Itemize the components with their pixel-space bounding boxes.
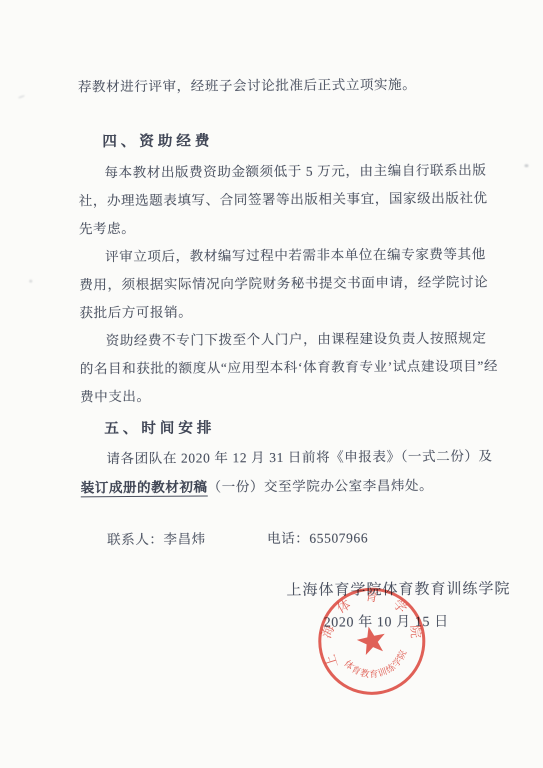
funding-p2-line2: 费用，须根据实际情况向学院财务秘书提交书面申请，经学院讨论 — [79, 272, 488, 294]
seal-ring-text-top: 上海体育学院 — [309, 577, 429, 673]
schedule-line2: 装订成册的教材初稿（一份）交至学院办公室李昌炜处。 — [81, 476, 434, 497]
section-heading-schedule: 五、时间安排 — [104, 419, 215, 439]
section-heading-funding: 四、资助经费 — [102, 132, 213, 152]
continuation-line: 荐教材进行评审，经班子会讨论批准后正式立项实施。 — [78, 75, 417, 96]
schedule-emphasis-underline: 装订成册的教材初稿 — [81, 479, 208, 497]
scan-speck — [29, 280, 32, 283]
schedule-line1: 请各团队在 2020 年 12 月 31 日前将《申报表》（一式二份）及 — [106, 446, 492, 468]
official-seal: 上海体育学院 体育教育训练学院 — [301, 571, 442, 712]
schedule-line2-rest: （一份）交至学院办公室李昌炜处。 — [208, 478, 434, 495]
contact-phone: 电话：65507966 — [267, 528, 368, 548]
contact-person: 联系人：李昌炜 — [107, 529, 206, 549]
scan-speck — [524, 164, 528, 167]
funding-p1-line3: 先考虑。 — [79, 219, 136, 238]
seal-ring-text-bottom: 体育教育训练学院 — [341, 645, 413, 686]
funding-p3-line2: 的名目和获批的额度从“应用型本科‘体育教育专业’试点建设项目”经 — [80, 356, 498, 378]
funding-p1-line2: 社，办理选题表填写、合同签署等出版相关事宜，国家级出版社优 — [79, 188, 488, 210]
funding-p2-line1: 评审立项后，教材编写过程中若需非本单位在编专家费等其他 — [105, 245, 486, 267]
scanned-document-page: 荐教材进行评审，经班子会讨论批准后正式立项实施。 四、资助经费 每本教材出版费资… — [0, 0, 543, 768]
seal-star-icon — [355, 624, 389, 657]
funding-p3-line1: 资助经费不专门下拨至个人门户，由课程建设负责人按照规定 — [106, 328, 487, 350]
scan-speck — [18, 95, 25, 99]
funding-p2-line3: 获批后方可报销。 — [79, 303, 192, 323]
document-content: 荐教材进行评审，经班子会讨论批准后正式立项实施。 四、资助经费 每本教材出版费资… — [0, 0, 543, 768]
funding-p1-line1: 每本教材出版费资助金额须低于 5 万元，由主编自行联系出版 — [104, 160, 486, 182]
funding-p3-line3: 费中支出。 — [80, 387, 151, 406]
